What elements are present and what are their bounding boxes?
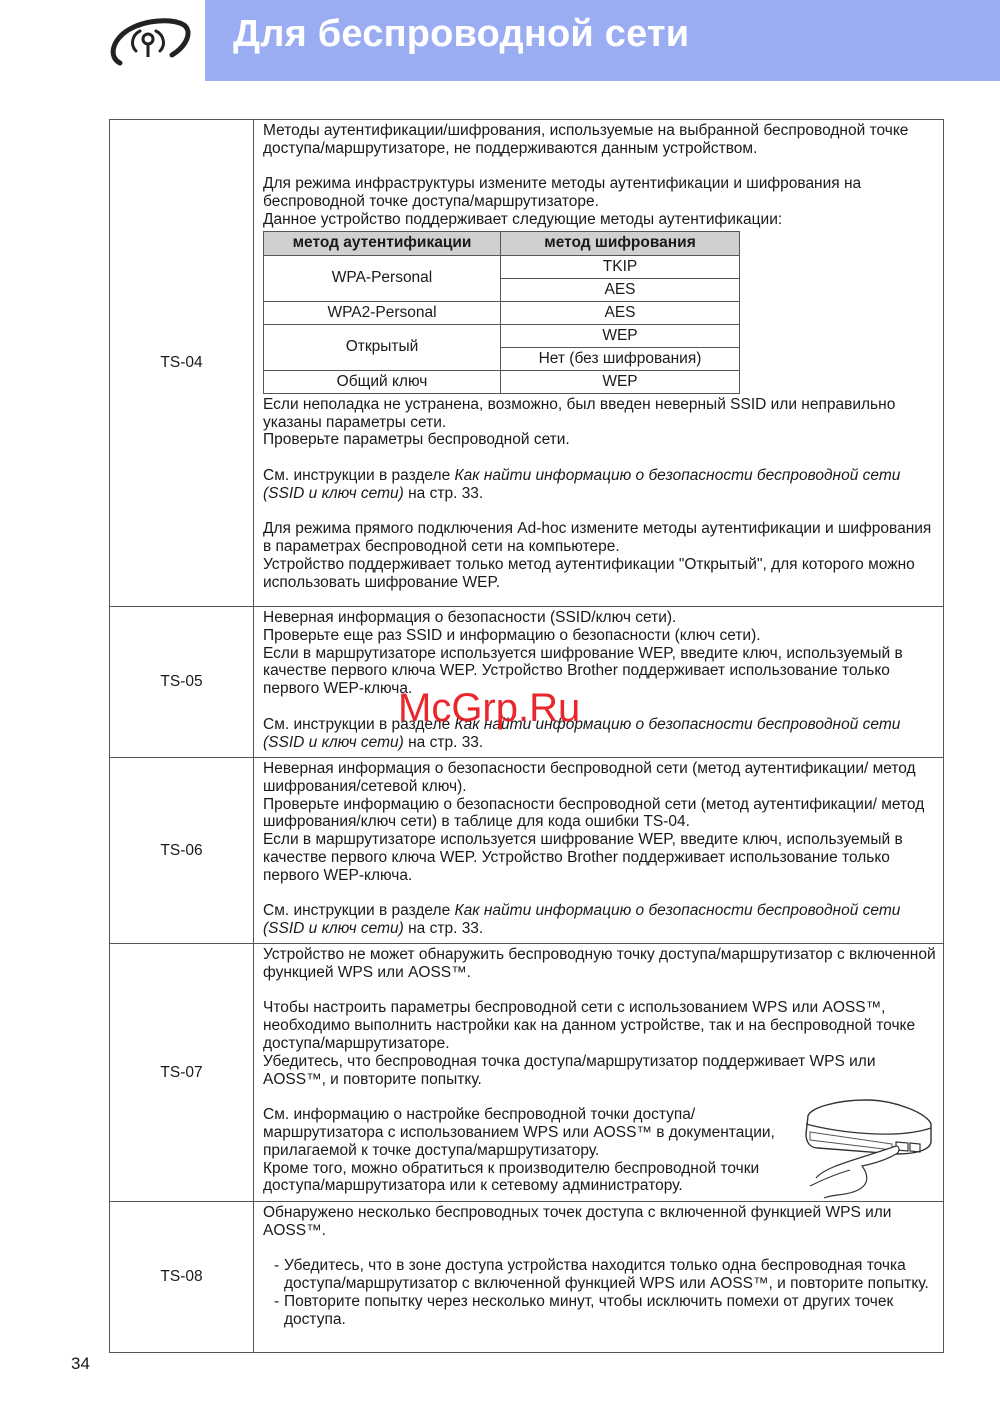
error-code: TS-04 (110, 120, 254, 607)
paragraph: Если в маршрутизаторе используется шифро… (263, 831, 941, 884)
auth-cell: WPA2-Personal (264, 301, 501, 324)
bullet-list: Убедитесь, что в зоне доступа устройства… (263, 1257, 941, 1328)
list-item: Убедитесь, что в зоне доступа устройства… (274, 1257, 941, 1293)
page-title: Для беспроводной сети (233, 13, 689, 56)
page-number: 34 (71, 1354, 90, 1374)
paragraph: См. информацию о настройке беспроводной … (263, 1106, 783, 1159)
enc-cell: Нет (без шифрования) (501, 347, 740, 370)
enc-cell: AES (501, 278, 740, 301)
enc-cell: AES (501, 301, 740, 324)
paragraph: Обнаружено несколько беспроводных точек … (263, 1204, 941, 1240)
paragraph: Методы аутентификации/шифрования, исполь… (263, 122, 941, 158)
table-row: TS-07 Устройство не может обнаружить бес… (110, 944, 944, 1202)
table-row: TS-04 Методы аутентификации/шифрования, … (110, 120, 944, 607)
enc-cell: WEP (501, 324, 740, 347)
enc-cell: TKIP (501, 255, 740, 278)
wireless-icon (106, 17, 192, 69)
auth-cell: Общий ключ (264, 370, 501, 393)
reference: См. инструкции в разделе Как найти инфор… (263, 716, 941, 752)
header-banner: Для беспроводной сети (205, 0, 1000, 81)
table-row: TS-06 Неверная информация о безопасности… (110, 758, 944, 944)
enc-cell: WEP (501, 370, 740, 393)
error-description: Методы аутентификации/шифрования, исполь… (254, 120, 944, 607)
router-illustration (796, 1094, 941, 1199)
paragraph: Для режима прямого подключения Ad-hoc из… (263, 520, 941, 556)
paragraph: Убедитесь, что беспроводная точка доступ… (263, 1053, 941, 1089)
column-header: метод шифрования (501, 231, 740, 255)
error-code: TS-07 (110, 944, 254, 1202)
column-header: метод аутентификации (264, 231, 501, 255)
error-code: TS-06 (110, 758, 254, 944)
auth-cell: WPA-Personal (264, 255, 501, 301)
paragraph: Неверная информация о безопасности беспр… (263, 760, 941, 796)
paragraph: Устройство не может обнаружить беспровод… (263, 946, 941, 982)
error-description: Устройство не может обнаружить беспровод… (254, 944, 944, 1202)
error-description: Неверная информация о безопасности беспр… (254, 758, 944, 944)
list-item: Повторите попытку через несколько минут,… (274, 1293, 941, 1329)
reference: См. инструкции в разделе Как найти инфор… (263, 902, 941, 938)
auth-cell: Открытый (264, 324, 501, 370)
error-description: Обнаружено несколько беспроводных точек … (254, 1202, 944, 1353)
table-row: TS-05 Неверная информация о безопасности… (110, 607, 944, 758)
paragraph: Чтобы настроить параметры беспроводной с… (263, 999, 941, 1052)
paragraph: Проверьте еще раз SSID и информацию о бе… (263, 627, 941, 645)
paragraph: Проверьте параметры беспроводной сети. (263, 431, 941, 449)
auth-methods-table: метод аутентификации метод шифрования WP… (263, 231, 740, 394)
reference: См. инструкции в разделе Как найти инфор… (263, 467, 941, 503)
troubleshooting-table: TS-04 Методы аутентификации/шифрования, … (109, 119, 944, 1353)
error-code: TS-08 (110, 1202, 254, 1353)
error-description: Неверная информация о безопасности (SSID… (254, 607, 944, 758)
paragraph: Кроме того, можно обратиться к производи… (263, 1160, 783, 1196)
table-row: TS-08 Обнаружено несколько беспроводных … (110, 1202, 944, 1353)
paragraph: Проверьте информацию о безопасности бесп… (263, 796, 941, 832)
paragraph: Если в маршрутизаторе используется шифро… (263, 645, 941, 698)
paragraph: Для режима инфраструктуры измените метод… (263, 175, 941, 211)
paragraph: Неверная информация о безопасности (SSID… (263, 609, 941, 627)
paragraph: Данное устройство поддерживает следующие… (263, 211, 941, 229)
error-code: TS-05 (110, 607, 254, 758)
paragraph: Устройство поддерживает только метод аут… (263, 556, 941, 592)
paragraph: Если неполадка не устранена, возможно, б… (263, 396, 941, 432)
watermark: McGrp.Ru (398, 686, 580, 731)
